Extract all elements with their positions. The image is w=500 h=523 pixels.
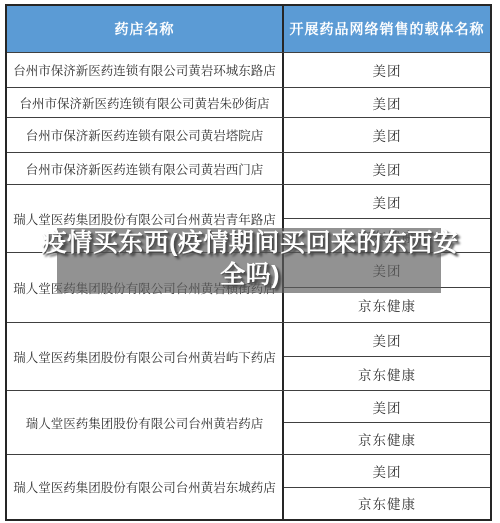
pharmacy-name-cell: 瑞人堂医药集团股份有限公司台州黄岩药店 bbox=[7, 391, 284, 454]
pharmacy-name-cell: 台州市保济新医药连锁有限公司黄岩朱砂街店 bbox=[7, 88, 284, 117]
carrier-stack: 美团 bbox=[284, 53, 490, 87]
carrier-cell: 京东健康 bbox=[284, 487, 490, 520]
carrier-stack: 美团京东健康 bbox=[284, 323, 490, 390]
pharmacy-name-cell: 台州市保济新医药连锁有限公司黄岩西门店 bbox=[7, 153, 284, 184]
pharmacy-name-cell: 台州市保济新医药连锁有限公司黄岩塔院店 bbox=[7, 118, 284, 152]
table-row: 台州市保济新医药连锁有限公司黄岩塔院店美团 bbox=[7, 117, 490, 152]
table-row: 瑞人堂医药集团股份有限公司台州黄岩东城药店美团京东健康 bbox=[7, 454, 490, 519]
carrier-cell: 京东健康 bbox=[284, 422, 490, 454]
table-row: 台州市保济新医药连锁有限公司黄岩西门店美团 bbox=[7, 152, 490, 184]
carrier-cell: 美团 bbox=[284, 455, 490, 487]
table-header-row: 药店名称 开展药品网络销售的载体名称 bbox=[7, 6, 490, 52]
carrier-stack: 美团 bbox=[284, 153, 490, 184]
carrier-stack: 美团 bbox=[284, 118, 490, 152]
carrier-cell: 美团 bbox=[284, 88, 490, 117]
carrier-stack: 美团 bbox=[284, 88, 490, 117]
pharmacy-name-cell: 瑞人堂医药集团股份有限公司台州黄岩东城药店 bbox=[7, 455, 284, 519]
carrier-cell: 京东健康 bbox=[284, 356, 490, 390]
carrier-cell: 美团 bbox=[284, 323, 490, 356]
carrier-cell: 美团 bbox=[284, 391, 490, 422]
pharmacy-name-cell: 瑞人堂医药集团股份有限公司台州黄岩屿下药店 bbox=[7, 323, 284, 390]
carrier-cell: 美团 bbox=[284, 118, 490, 152]
carrier-cell: 美团 bbox=[284, 53, 490, 87]
page: 药店名称 开展药品网络销售的载体名称 台州市保济新医药连锁有限公司黄岩环城东路店… bbox=[0, 0, 500, 523]
pharmacy-name-cell: 台州市保济新医药连锁有限公司黄岩环城东路店 bbox=[7, 53, 284, 87]
table-row: 瑞人堂医药集团股份有限公司台州黄岩屿下药店美团京东健康 bbox=[7, 322, 490, 390]
table-row: 瑞人堂医药集团股份有限公司台州黄岩药店美团京东健康 bbox=[7, 390, 490, 454]
header-carrier-name: 开展药品网络销售的载体名称 bbox=[284, 6, 490, 52]
carrier-cell: 美团 bbox=[284, 185, 490, 218]
carrier-cell: 美团 bbox=[284, 153, 490, 184]
header-pharmacy-name: 药店名称 bbox=[7, 6, 284, 52]
carrier-stack: 美团京东健康 bbox=[284, 455, 490, 519]
table-row: 台州市保济新医药连锁有限公司黄岩环城东路店美团 bbox=[7, 52, 490, 87]
overlay-title: 疫情买东西(疫情期间买回来的东西安全吗) bbox=[40, 227, 460, 291]
carrier-stack: 美团京东健康 bbox=[284, 391, 490, 454]
table-row: 台州市保济新医药连锁有限公司黄岩朱砂街店美团 bbox=[7, 87, 490, 117]
